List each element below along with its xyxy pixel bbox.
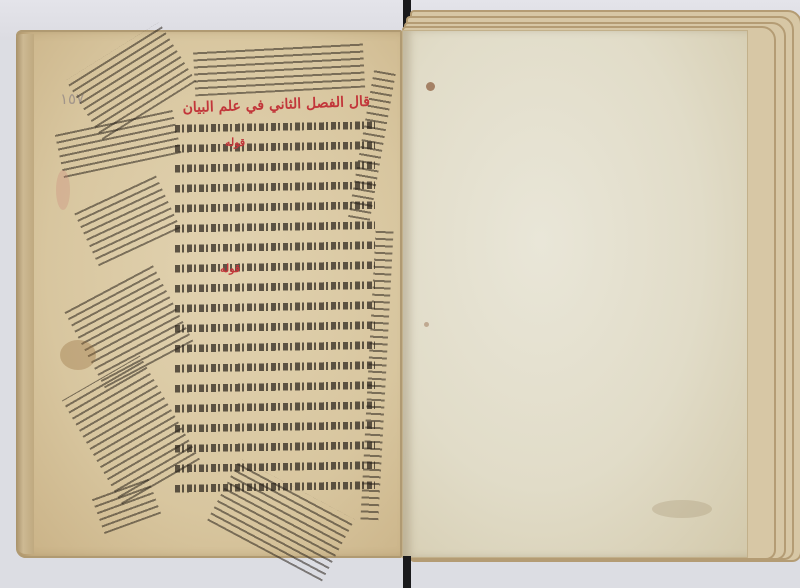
text-line	[175, 316, 375, 336]
marginal-note-left	[74, 174, 181, 266]
text-line	[175, 376, 375, 396]
text-line	[175, 416, 375, 436]
text-line	[175, 356, 375, 376]
text-line	[175, 436, 375, 456]
stain	[60, 340, 96, 370]
red-marker: قوله	[225, 136, 245, 149]
red-marker: قوله	[220, 262, 240, 275]
marginal-note-top	[193, 40, 365, 97]
stain	[56, 170, 70, 210]
text-line	[175, 336, 375, 356]
text-line	[175, 256, 375, 276]
text-line	[175, 196, 375, 216]
right-page	[402, 30, 748, 558]
marginal-note-bottom	[91, 476, 161, 534]
text-line	[175, 216, 375, 236]
text-line	[175, 276, 375, 296]
text-line	[175, 456, 375, 476]
stain	[652, 500, 712, 518]
marginal-note-left	[55, 108, 182, 178]
text-line	[175, 156, 375, 176]
page-clip-bottom	[403, 556, 411, 588]
text-line	[175, 476, 375, 493]
foxing-spot	[426, 82, 435, 91]
page-edge	[16, 34, 34, 554]
text-line	[175, 296, 375, 316]
text-line	[175, 396, 375, 416]
text-line	[175, 176, 375, 196]
text-line	[175, 136, 375, 156]
foxing-spot	[424, 322, 429, 327]
main-text-block	[175, 118, 375, 493]
text-line	[175, 118, 375, 137]
text-line	[175, 236, 375, 256]
